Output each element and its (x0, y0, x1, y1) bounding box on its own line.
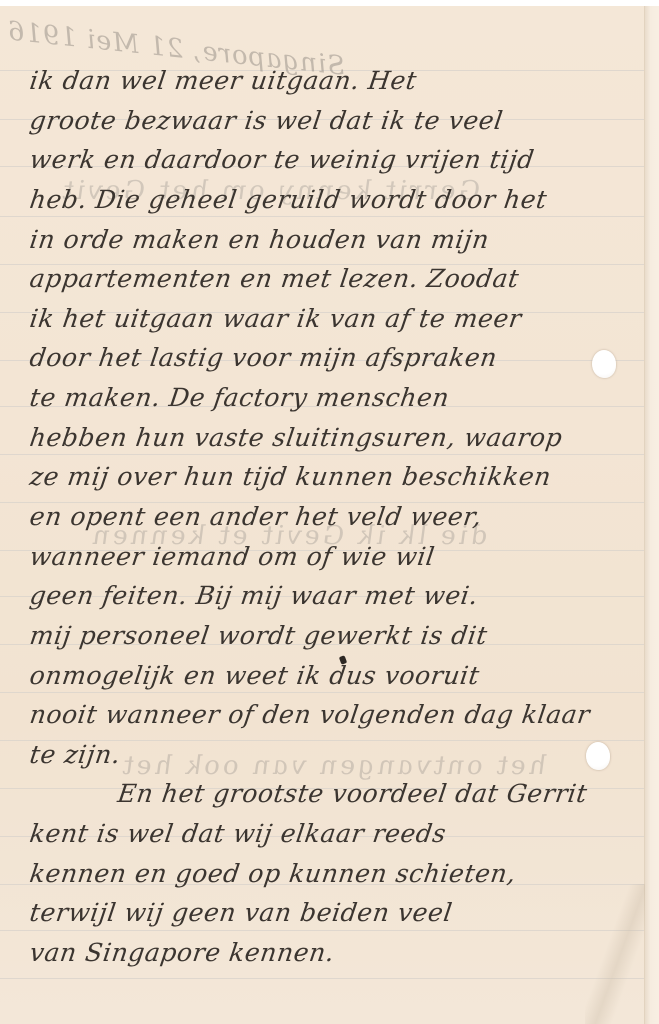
letter-line-23: van Singapore kennen. (28, 938, 337, 967)
letter-line-5: in orde maken en houden van mijn (28, 225, 491, 254)
letter-line-20: kent is wel dat wij elkaar reeds (28, 819, 448, 848)
letter-line-2: groote bezwaar is wel dat ik te veel (28, 106, 505, 135)
page-right-edge (644, 6, 659, 1024)
ruled-line (0, 930, 645, 931)
letter-line-1: ik dan wel meer uitgaan. Het (28, 66, 419, 95)
letter-line-16: onmogelijk en weet ik dus vooruit (28, 661, 482, 690)
letter-line-10: hebben hun vaste sluitingsuren, waarop (28, 423, 564, 452)
bleed-through-line: het ontvangen van ook het (115, 751, 551, 781)
letter-line-17: nooit wanneer of den volgenden dag klaar (28, 700, 592, 729)
letter-line-9: te maken. De factory menschen (28, 383, 451, 412)
letter-line-6: appartementen en met lezen. Zoodat (28, 264, 521, 293)
letter-line-7: ik het uitgaan waar ik van af te meer (28, 304, 524, 333)
letter-line-8: door het lastig voor mijn afspraken (28, 343, 499, 372)
letter-line-4: heb. Die geheel geruild wordt door het (28, 185, 549, 214)
punch-hole-lower (586, 742, 610, 770)
ruled-line (0, 454, 645, 455)
letter-line-15: mij personeel wordt gewerkt is dit (28, 621, 489, 650)
letter-line-11: ze mij over hun tijd kunnen beschikken (28, 462, 553, 491)
letter-line-22: terwijl wij geen van beiden veel (28, 898, 454, 927)
letter-line-13: wanneer iemand om of wie wil (28, 542, 437, 571)
ruled-line (0, 978, 645, 979)
ruled-line (0, 692, 645, 693)
punch-hole-upper (592, 350, 616, 378)
ruled-line (0, 216, 645, 217)
letter-line-14: geen feiten. Bij mij waar met wei. (28, 581, 480, 610)
letter-line-12: en opent een ander het veld weer, (28, 502, 484, 531)
letter-line-19: En het grootste voordeel dat Gerrit (116, 779, 589, 808)
paper-crease (585, 884, 645, 1024)
letter-page: Singapore, 21 Mei 1916 Gerrit kenny om h… (0, 6, 659, 1024)
letter-line-21: kennen en goed op kunnen schieten, (28, 859, 518, 888)
letter-line-18: te zijn. (28, 740, 123, 769)
letter-line-3: werk en daardoor te weinig vrijen tijd (28, 145, 536, 174)
